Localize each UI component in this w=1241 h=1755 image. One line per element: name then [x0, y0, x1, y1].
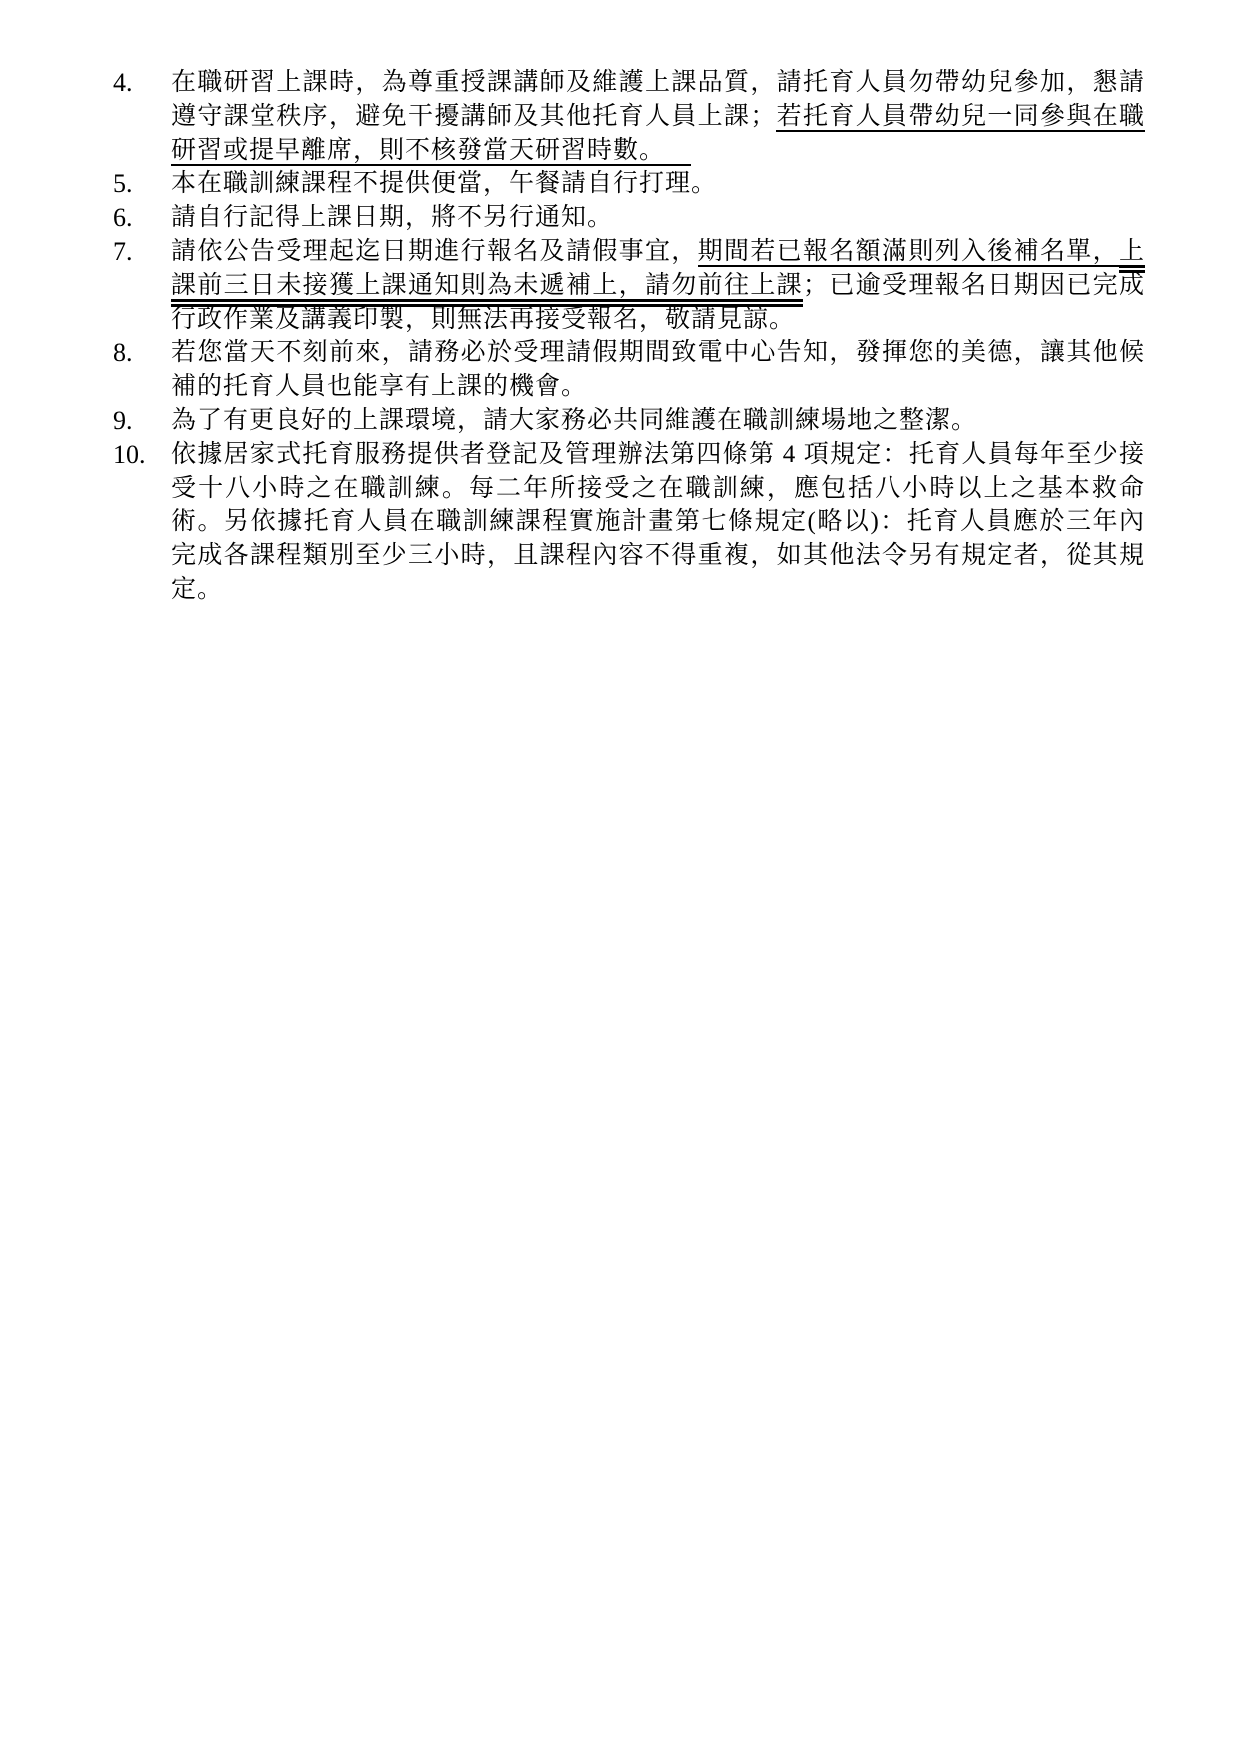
item-number: 4. — [113, 66, 171, 100]
item-number: 6. — [113, 201, 171, 235]
item-number: 9. — [113, 404, 171, 438]
document-page: 4. 在職研習上課時，為尊重授課講師及維護上課品質，請托育人員勿帶幼兒參加，懇請… — [0, 0, 1241, 1755]
list-item: 6. 請自行記得上課日期，將不另行通知。 — [113, 201, 1145, 235]
underlined-text: 期間若已報名額滿則列入後補名單， — [698, 238, 1119, 267]
text-segment: 請依公告受理起迄日期進行報名及請假事宜， — [171, 238, 698, 265]
list-item: 8. 若您當天不刻前來，請務必於受理請假期間致電中心告知，發揮您的美德，讓其他候… — [113, 336, 1145, 404]
item-number: 8. — [113, 336, 171, 370]
item-text: 若您當天不刻前來，請務必於受理請假期間致電中心告知，發揮您的美德，讓其他候補的托… — [171, 336, 1145, 404]
item-text: 請自行記得上課日期，將不另行通知。 — [171, 201, 1145, 235]
item-number: 7. — [113, 235, 171, 269]
list-item: 4. 在職研習上課時，為尊重授課講師及維護上課品質，請托育人員勿帶幼兒參加，懇請… — [113, 66, 1145, 167]
text-segment: 本在職訓練課程不提供便當，午餐請自行打理。 — [171, 170, 717, 197]
list-item: 10. 依據居家式托育服務提供者登記及管理辦法第四條第 4 項規定：托育人員每年… — [113, 438, 1145, 607]
item-text: 依據居家式托育服務提供者登記及管理辦法第四條第 4 項規定：托育人員每年至少接受… — [171, 438, 1145, 607]
list-item: 9. 為了有更良好的上課環境，請大家務必共同維護在職訓練場地之整潔。 — [113, 404, 1145, 438]
item-text: 請依公告受理起迄日期進行報名及請假事宜，期間若已報名額滿則列入後補名單，上課前三… — [171, 235, 1145, 336]
text-segment: 依據居家式托育服務提供者登記及管理辦法第四條第 4 項規定：托育人員每年至少接受… — [171, 441, 1145, 603]
text-segment: 若您當天不刻前來，請務必於受理請假期間致電中心告知，發揮您的美德，讓其他候補的托… — [171, 339, 1145, 400]
item-number: 10. — [113, 438, 171, 472]
item-text: 本在職訓練課程不提供便當，午餐請自行打理。 — [171, 167, 1145, 201]
list-item: 7. 請依公告受理起迄日期進行報名及請假事宜，期間若已報名額滿則列入後補名單，上… — [113, 235, 1145, 336]
list-item: 5. 本在職訓練課程不提供便當，午餐請自行打理。 — [113, 167, 1145, 201]
text-segment: 為了有更良好的上課環境，請大家務必共同維護在職訓練場地之整潔。 — [171, 407, 977, 434]
item-text: 為了有更良好的上課環境，請大家務必共同維護在職訓練場地之整潔。 — [171, 404, 1145, 438]
item-text: 在職研習上課時，為尊重授課講師及維護上課品質，請托育人員勿帶幼兒參加，懇請遵守課… — [171, 66, 1145, 167]
item-number: 5. — [113, 167, 171, 201]
text-segment: 請自行記得上課日期，將不另行通知。 — [171, 204, 613, 231]
numbered-list: 4. 在職研習上課時，為尊重授課講師及維護上課品質，請托育人員勿帶幼兒參加，懇請… — [113, 66, 1145, 607]
